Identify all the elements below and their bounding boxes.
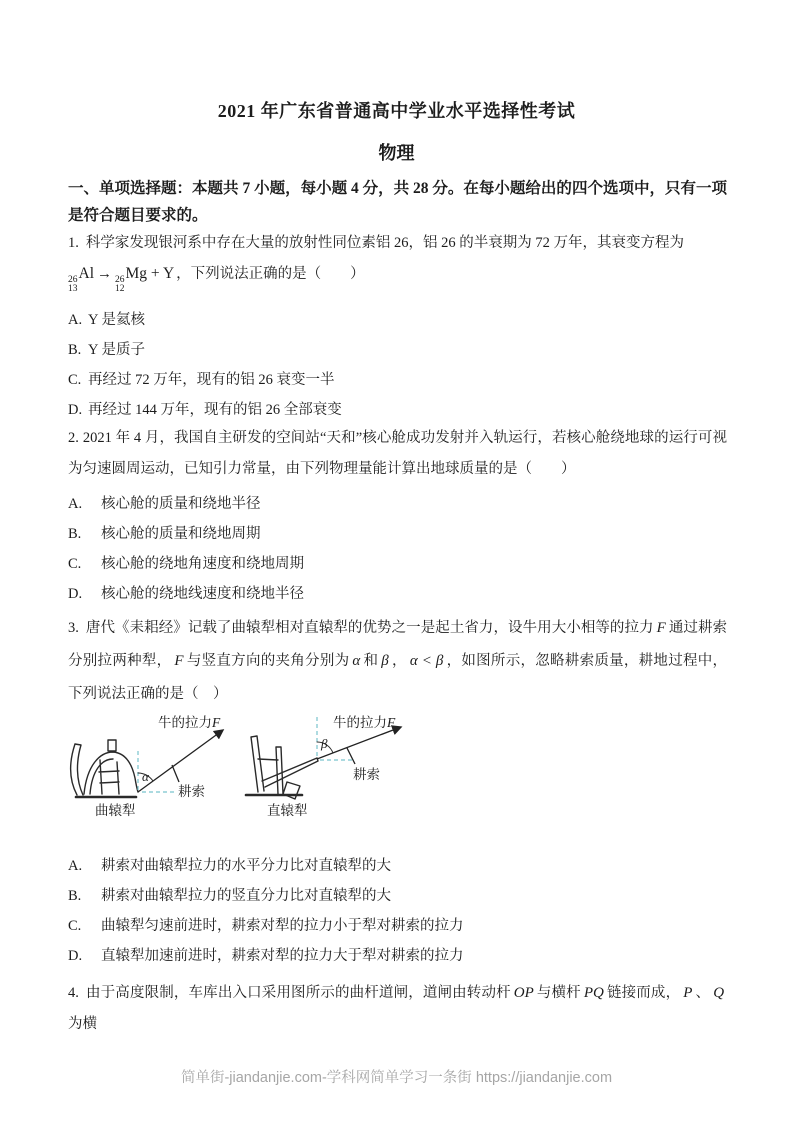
nuclide-prescript-mg: 2612	[115, 276, 125, 294]
option-label: B.	[68, 881, 101, 911]
rope-label-right: 耕索	[353, 766, 380, 782]
question-2-text: 2021 年 4 月，我国自主研发的空间站“天和”核心舱成功发射并入轨运行，若核…	[68, 430, 727, 477]
option-label: B.	[68, 335, 88, 365]
page-footer-watermark: 简单街-jiandanjie.com-学科网简单学习一条街 https://ji…	[0, 1066, 793, 1087]
question-3-text-3: 与竖直方向的夹角分别为	[187, 653, 350, 669]
option-text: 核心舱的质量和绕地半径	[101, 496, 261, 512]
option-text: 耕索对曲辕犁拉力的水平分力比对直辕犁的大	[101, 858, 391, 874]
plow-left-handle	[71, 744, 83, 795]
question-1-equation: 2613Al→2612Mg + Y，下列说法正确的是（ ）	[68, 258, 727, 294]
figure-plows: 牛的拉力F α 耕索 曲辕犁 牛的拉力F β 耕索	[62, 702, 482, 847]
rope-label-left: 耕索	[178, 783, 205, 799]
question-4-text-5: 为横	[68, 1016, 97, 1032]
option-row: B.Y 是质子	[68, 335, 727, 365]
question-1-options: A.Y 是氦核 B.Y 是质子 C.再经过 72 万年，现有的铝 26 衰变一半…	[68, 305, 727, 425]
option-label: B.	[68, 519, 101, 549]
angle-label-alpha: α	[142, 769, 150, 784]
element-mg-y: Mg + Y	[126, 265, 175, 282]
question-1-stem: 1.科学家发现银河系中存在大量的放射性同位素铝 26，铝 26 的半衰期为 72…	[68, 228, 727, 259]
option-label: A.	[68, 851, 101, 881]
plow-left-drawing: 牛的拉力F α 耕索 曲辕犁	[71, 714, 223, 818]
option-text: Y 是氦核	[88, 312, 145, 328]
math-op: OP	[514, 985, 534, 1001]
option-row: A.耕索对曲辕犁拉力的水平分力比对直辕犁的大	[68, 851, 727, 881]
angle-label-beta: β	[320, 736, 328, 751]
math-beta: β	[381, 653, 388, 669]
option-text: 再经过 72 万年，现有的铝 26 衰变一半	[88, 372, 335, 388]
option-text: Y 是质子	[88, 342, 145, 358]
option-row: C.曲辕犁匀速前进时，耕索对犁的拉力小于犁对耕索的拉力	[68, 911, 727, 941]
plow-right-crossbar	[258, 759, 278, 760]
option-row: C.再经过 72 万年，现有的铝 26 衰变一半	[68, 365, 727, 395]
option-label: C.	[68, 549, 101, 579]
math-alpha-lt-beta: α < β	[410, 653, 444, 669]
question-3-number: 3.	[68, 620, 79, 636]
atomic-number-mg: 12	[115, 285, 125, 294]
exam-title: 2021 年广东省普通高中学业水平选择性考试	[0, 97, 793, 123]
plow-left-knob	[108, 740, 116, 751]
option-label: C.	[68, 911, 101, 941]
option-text: 直辕犁加速前进时，耕索对犁的拉力大于犁对耕索的拉力	[101, 948, 464, 964]
option-row: B.耕索对曲辕犁拉力的竖直分力比对直辕犁的大	[68, 881, 727, 911]
option-row: D.再经过 144 万年，现有的铝 26 全部衰变	[68, 395, 727, 425]
element-al: Al	[79, 265, 95, 282]
option-label: D.	[68, 579, 101, 609]
question-2-stem: 2.2021 年 4 月，我国自主研发的空间站“天和”核心舱成功发射并入轨运行，…	[68, 423, 727, 485]
exam-subject: 物理	[0, 139, 793, 165]
option-row: D.直辕犁加速前进时，耕索对犁的拉力大于犁对耕索的拉力	[68, 941, 727, 971]
option-row: C.核心舱的绕地角速度和绕地周期	[68, 549, 727, 579]
question-4-text-3: 链接而成，	[607, 985, 680, 1001]
plow-right-drawing: 牛的拉力F β 耕索 直辕犁	[246, 714, 401, 818]
option-row: B.核心舱的质量和绕地周期	[68, 519, 727, 549]
question-4-text-2: 与横杆	[537, 985, 581, 1001]
option-text: 核心舱的质量和绕地周期	[101, 526, 261, 542]
reaction-arrow: →	[97, 266, 112, 282]
question-3-text-4: 和	[363, 653, 378, 669]
force-arrow-left	[138, 730, 223, 792]
option-row: A.Y 是氦核	[68, 305, 727, 335]
option-label: C.	[68, 365, 88, 395]
plow-right-name: 直辕犁	[267, 802, 308, 818]
nuclide-prescript-al: 2613	[68, 276, 78, 294]
plow-left-frame	[99, 760, 119, 794]
plow-right-post	[276, 747, 283, 794]
question-3-stem: 3.唐代《耒耜经》记载了曲辕犁相对直辕犁的优势之一是起土省力，设牛用大小相等的拉…	[68, 612, 727, 711]
question-4-stem: 4.由于高度限制，车库出入口采用图所示的曲杆道闸，道闸由转动杆OP与横杆PQ链接…	[68, 978, 727, 1040]
exam-paper-page: 2021 年广东省普通高中学业水平选择性考试 物理 一、单项选择题：本题共 7 …	[0, 0, 793, 1122]
math-f: F	[657, 620, 666, 636]
rope-pointer-right	[347, 748, 355, 764]
option-label: A.	[68, 305, 88, 335]
option-text: 核心舱的绕地角速度和绕地周期	[101, 556, 304, 572]
question-3-text-1: 唐代《耒耜经》记载了曲辕犁相对直辕犁的优势之一是起土省力，设牛用大小相等的拉力	[86, 620, 654, 636]
math-alpha: α	[352, 653, 360, 669]
section-header: 一、单项选择题：本题共 7 小题，每小题 4 分，共 28 分。在每小题给出的四…	[68, 175, 727, 229]
plow-diagram: 牛的拉力F α 耕索 曲辕犁 牛的拉力F β 耕索	[62, 702, 482, 847]
option-text: 耕索对曲辕犁拉力的竖直分力比对直辕犁的大	[101, 888, 391, 904]
question-3-options: A.耕索对曲辕犁拉力的水平分力比对直辕犁的大 B.耕索对曲辕犁拉力的竖直分力比对…	[68, 851, 727, 971]
question-4-number: 4.	[68, 985, 79, 1001]
math-q: Q	[713, 985, 724, 1001]
rope-pointer-left	[172, 765, 179, 782]
plow-left-name: 曲辕犁	[95, 802, 136, 818]
option-label: D.	[68, 941, 101, 971]
plow-right-blade	[283, 782, 300, 799]
question-1-number: 1.	[68, 235, 79, 251]
option-text: 曲辕犁匀速前进时，耕索对犁的拉力小于犁对耕索的拉力	[101, 918, 464, 934]
option-label: D.	[68, 395, 88, 425]
question-2-number: 2.	[68, 430, 79, 446]
option-text: 再经过 144 万年，现有的铝 26 全部衰变	[88, 402, 342, 418]
force-arrow-right	[317, 727, 401, 759]
force-label-right: 牛的拉力F	[333, 714, 396, 730]
option-label: A.	[68, 489, 101, 519]
plow-right-handle	[251, 736, 264, 792]
math-pq: PQ	[584, 985, 604, 1001]
question-2-options: A.核心舱的质量和绕地半径 B.核心舱的质量和绕地周期 C.核心舱的绕地角速度和…	[68, 489, 727, 609]
question-1-post: ，下列说法正确的是（ ）	[176, 266, 365, 282]
option-row: A.核心舱的质量和绕地半径	[68, 489, 727, 519]
question-4-text-4: 、	[695, 985, 710, 1001]
atomic-number-al: 13	[68, 285, 78, 294]
plow-left-arch	[84, 752, 138, 794]
option-text: 核心舱的绕地线速度和绕地半径	[101, 586, 304, 602]
math-f: F	[174, 653, 183, 669]
math-p: P	[683, 985, 692, 1001]
option-row: D.核心舱的绕地线速度和绕地半径	[68, 579, 727, 609]
force-label-left: 牛的拉力F	[158, 714, 221, 730]
question-1-text: 科学家发现银河系中存在大量的放射性同位素铝 26，铝 26 的半衰期为 72 万…	[86, 235, 684, 251]
question-3-text-5: ，	[392, 653, 407, 669]
question-4-text-1: 由于高度限制，车库出入口采用图所示的曲杆道闸，道闸由转动杆	[86, 985, 511, 1001]
